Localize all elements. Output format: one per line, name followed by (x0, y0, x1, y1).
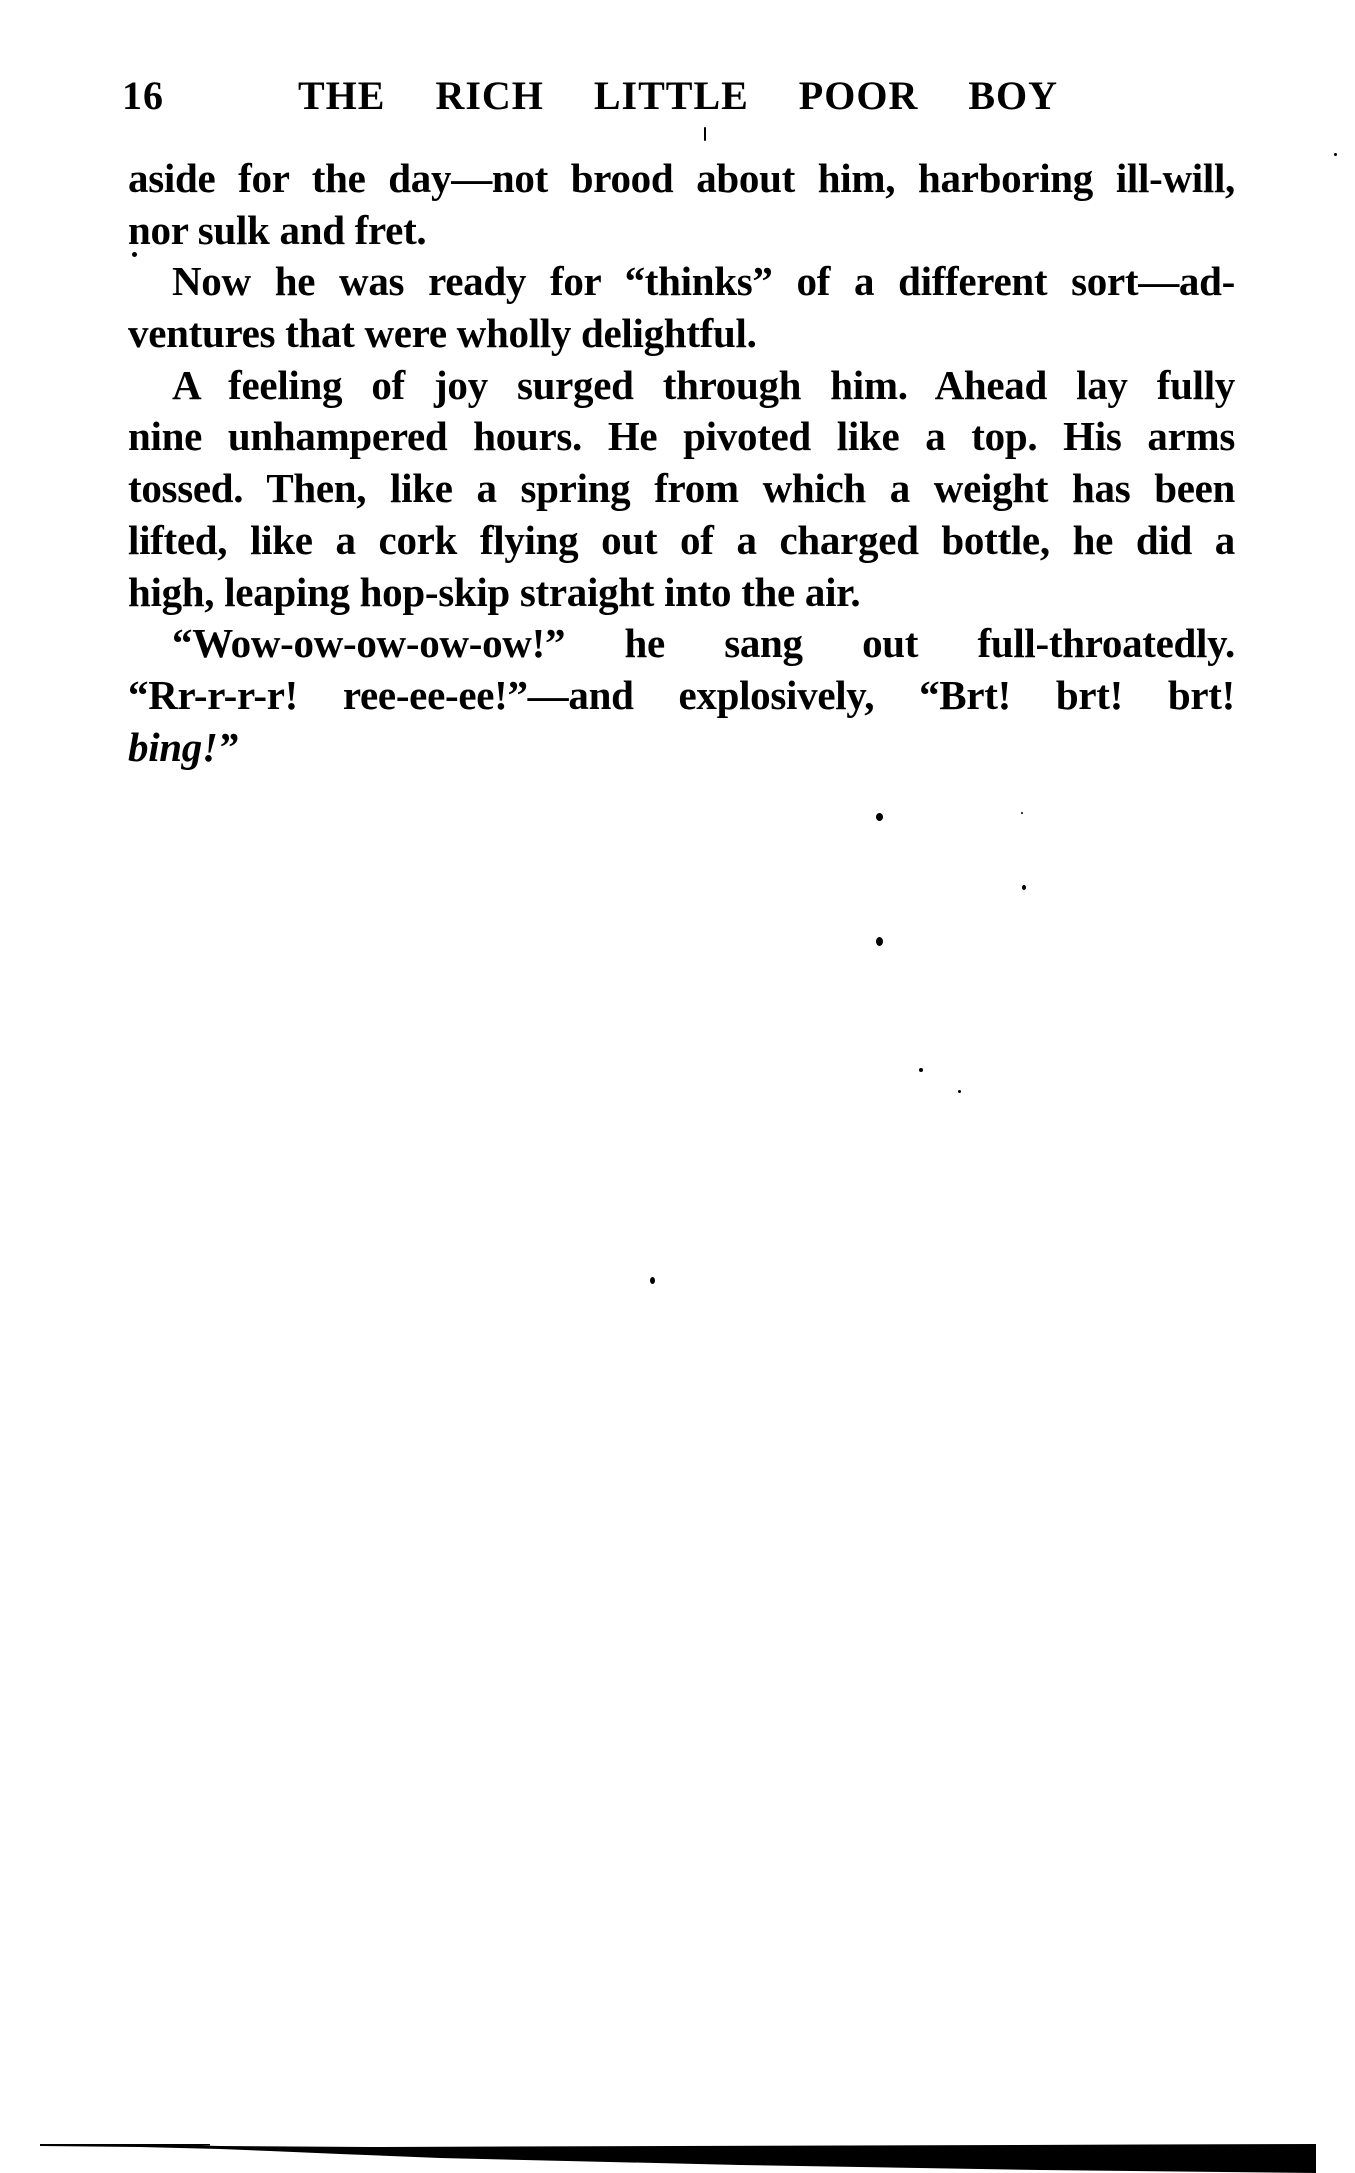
scan-speck (650, 1277, 655, 1284)
text-line-italic: bing!” (128, 722, 1235, 774)
scan-speck (876, 937, 883, 946)
scan-speck (132, 252, 137, 257)
paragraph-start-line: “Wow-ow-ow-ow-ow!” he sang out full-thro… (128, 618, 1235, 670)
text-line: high, leaping hop-skip straight into the… (128, 567, 1235, 619)
scan-speck (704, 127, 706, 141)
text-line: nor sulk and fret. (128, 205, 1235, 257)
paragraph-start-line: Now he was ready for “thinks” of a diffe… (128, 256, 1235, 308)
page-number: 16 (122, 72, 164, 120)
scan-speck (919, 1068, 923, 1072)
scan-speck (1022, 885, 1026, 890)
text-line: lifted, like a cork flying out of a char… (128, 515, 1235, 567)
body-text: aside for the day—not brood about him, h… (128, 153, 1235, 773)
scan-speck (876, 813, 883, 821)
book-page: 16 THE RICH LITTLE POOR BOY aside for th… (0, 0, 1355, 2173)
scan-speck (1334, 153, 1337, 156)
paragraph-start-line: A feeling of joy surged through him. Ahe… (128, 360, 1235, 412)
scan-speck (1021, 812, 1023, 814)
text-line: aside for the day—not brood about him, h… (128, 153, 1235, 205)
scan-speck (958, 1090, 961, 1093)
text-line: nine unhampered hours. He pivoted like a… (128, 411, 1235, 463)
text-line: “Rr-r-r-r! ree-ee-ee!”—and explosively, … (128, 670, 1235, 722)
scan-edge-bar (40, 2138, 1316, 2173)
running-head: 16 THE RICH LITTLE POOR BOY (122, 72, 1062, 120)
text-line: tossed. Then, like a spring from which a… (128, 463, 1235, 515)
text-line: ventures that were wholly delightful. (128, 308, 1235, 360)
running-title: THE RICH LITTLE POOR BOY (298, 72, 1058, 120)
